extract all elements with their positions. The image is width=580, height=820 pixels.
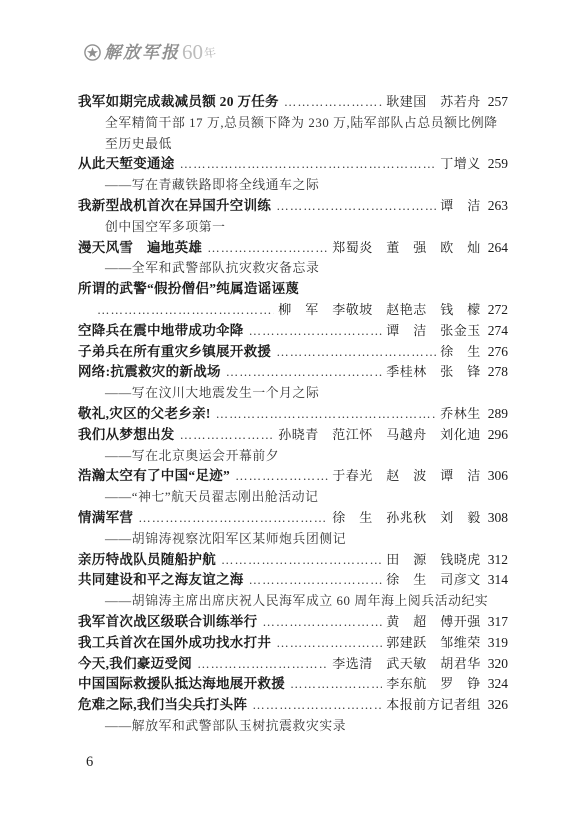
entry-page-number: 296 <box>488 425 508 446</box>
entry-page-number: 278 <box>488 362 508 383</box>
entry-subtitle: ——写在青藏铁路即将全线通车之际 <box>78 175 508 196</box>
toc-entry-17: 今天,我们豪迈受阅 ………………………………………………………………………………… <box>78 654 508 675</box>
entry-title-row: 我军如期完成裁减员额 20 万任务 …………………………………………………………… <box>78 92 508 113</box>
entry-title-row: 所谓的武警“假扮僧侣”纯属造谣诬蔑 <box>78 279 508 300</box>
entry-title: 我工兵首次在国外成功找水打井 <box>78 633 271 654</box>
dot-leader: ………………………………………………………………………………………………………… <box>180 154 437 175</box>
dot-leader: ………………………………………………………………………………………………………… <box>276 342 436 363</box>
star-in-circle-icon <box>84 44 101 61</box>
dot-leader: ………………………………………………………………………………………………………… <box>249 321 383 342</box>
anniversary-number: 60 <box>182 42 203 63</box>
entry-authors: 本报前方记者组 <box>386 695 481 716</box>
entry-authors: 孙晓青 范江怀 马越舟 刘化迪 <box>278 425 481 446</box>
entry-title: 共同建设和平之海友谊之海 <box>78 570 244 591</box>
toc-entry-10: 我们从梦想出发 ……………………………………………………………………………………… <box>78 425 508 467</box>
dot-leader: ………………………………………………………………………………………………………… <box>138 508 328 529</box>
dot-leader: ………………………………………………………………………………………………………… <box>226 362 382 383</box>
entry-title-row: 今天,我们豪迈受阅 ………………………………………………………………………………… <box>78 654 508 675</box>
dot-leader: ………………………………………………………………………………………………………… <box>235 466 328 487</box>
entry-authors: 乔林生 <box>440 404 481 425</box>
entry-title-row: 空降兵在震中地带成功伞降 ………………………………………………………………………… <box>78 321 508 342</box>
entry-subtitle: ——全军和武警部队抗灾救灾备忘录 <box>78 258 508 279</box>
dot-leader: ………………………………………………………………………………………………………… <box>276 633 382 654</box>
toc-entry-12: 情满军营 ……………………………………………………………………………………………… <box>78 508 508 550</box>
entry-authors: 徐 生 司彦文 <box>386 570 481 591</box>
entry-authors: 柳 军 李敬坡 赵艳志 钱 檬 <box>278 300 481 321</box>
entry-title: 我们从梦想出发 <box>78 425 175 446</box>
toc-page: 解放军报 60 年 我军如期完成裁减员额 20 万任务 ………………………………… <box>0 0 580 820</box>
dot-leader: ………………………………………………………………………………………………………… <box>221 550 382 571</box>
entry-title: 漫天风雪 遍地英雄 <box>78 238 202 259</box>
dot-leader: ………………………………………………………………………………………………………… <box>207 238 328 259</box>
entry-page-number: 319 <box>488 633 508 654</box>
entry-authors: 谭 洁 <box>440 196 481 217</box>
entry-title: 亲历特战队员随船护航 <box>78 550 216 571</box>
entry-title-row: 亲历特战队员随船护航 ……………………………………………………………………………… <box>78 550 508 571</box>
entry-subtitle: ——写在北京奥运会开幕前夕 <box>78 446 508 467</box>
entry-authors: 徐 生 <box>440 342 481 363</box>
dot-leader: ………………………………………………………………………………………………………… <box>262 612 382 633</box>
entry-title: 中国国际救援队抵达海地展开救援 <box>78 674 285 695</box>
dot-leader: ………………………………………………………………………………………………………… <box>249 570 383 591</box>
entry-title-row: 浩瀚太空有了中国“足迹” ………………………………………………………………………… <box>78 466 508 487</box>
entry-page-number: 306 <box>488 466 508 487</box>
entry-title: 网络:抗震救灾的新战场 <box>78 362 221 383</box>
entry-title: 今天,我们豪迈受阅 <box>78 654 192 675</box>
entry-authors-row: …………………………………………………………………………………………………………… <box>78 300 508 321</box>
entry-page-number: 326 <box>488 695 508 716</box>
dot-leader: ………………………………………………………………………………………………………… <box>284 92 382 113</box>
toc-entry-14: 共同建设和平之海友谊之海 ………………………………………………………………………… <box>78 570 508 612</box>
toc-entry-16: 我工兵首次在国外成功找水打井 …………………………………………………………………… <box>78 633 508 654</box>
entry-title: 我军首次战区级联合训练举行 <box>78 612 257 633</box>
entry-page-number: 317 <box>488 612 508 633</box>
entry-title-row: 情满军营 ……………………………………………………………………………………………… <box>78 508 508 529</box>
entry-title: 浩瀚太空有了中国“足迹” <box>78 466 230 487</box>
entry-page-number: 276 <box>488 342 508 363</box>
entry-page-number: 324 <box>488 674 508 695</box>
entry-title: 子弟兵在所有重灾乡镇展开救援 <box>78 342 271 363</box>
brand-logotype: 解放军报 <box>104 44 180 61</box>
toc-entry-6: 空降兵在震中地带成功伞降 ………………………………………………………………………… <box>78 321 508 342</box>
toc-list: 我军如期完成裁减员额 20 万任务 …………………………………………………………… <box>78 92 508 737</box>
entry-title-row: 从此天堑变通途 ……………………………………………………………………………………… <box>78 154 508 175</box>
toc-entry-19: 危难之际,我们当尖兵打头阵 ……………………………………………………………………… <box>78 695 508 737</box>
entry-page-number: 274 <box>488 321 508 342</box>
entry-page-number: 259 <box>488 154 508 175</box>
entry-subtitle: ——胡锦涛视察沈阳军区某师炮兵团侧记 <box>78 529 508 550</box>
entry-subtitle: ——写在汶川大地震发生一个月之际 <box>78 383 508 404</box>
entry-page-number: 289 <box>488 404 508 425</box>
dot-leader: ………………………………………………………………………………………………………… <box>197 654 328 675</box>
entry-authors: 田 源 钱晓虎 <box>386 550 481 571</box>
dot-leader: ………………………………………………………………………………………………………… <box>180 425 275 446</box>
entry-authors: 黄 超 傅开强 <box>386 612 481 633</box>
entry-subtitle: 创中国空军多项第一 <box>78 217 508 238</box>
entry-title-row: 网络:抗震救灾的新战场 …………………………………………………………………………… <box>78 362 508 383</box>
entry-subtitle: ——胡锦涛主席出席庆祝人民海军成立 60 周年海上阅兵活动纪实 <box>78 591 508 612</box>
toc-entry-18: 中国国际救援队抵达海地展开救援 ………………………………………………………………… <box>78 674 508 695</box>
dot-leader: ………………………………………………………………………………………………………… <box>97 300 274 321</box>
entry-authors: 徐 生 孙兆秋 刘 毅 <box>332 508 481 529</box>
entry-title: 空降兵在震中地带成功伞降 <box>78 321 244 342</box>
entry-title: 我新型战机首次在异国升空训练 <box>78 196 271 217</box>
toc-entry-9: 敬礼,灾区的父老乡亲! …………………………………………………………………………… <box>78 404 508 425</box>
entry-page-number: 312 <box>488 550 508 571</box>
toc-entry-15: 我军首次战区级联合训练举行 ……………………………………………………………………… <box>78 612 508 633</box>
entry-page-number: 264 <box>488 238 508 259</box>
page-header: 解放军报 60 年 <box>84 42 216 63</box>
entry-page-number: 320 <box>488 654 508 675</box>
entry-title-row: 漫天风雪 遍地英雄 ………………………………………………………………………………… <box>78 238 508 259</box>
entry-title: 我军如期完成裁减员额 20 万任务 <box>78 92 279 113</box>
entry-authors: 谭 洁 张金玉 <box>386 321 481 342</box>
entry-authors: 于春光 赵 波 谭 洁 <box>332 466 481 487</box>
entry-page-number: 263 <box>488 196 508 217</box>
entry-title-row: 中国国际救援队抵达海地展开救援 ………………………………………………………………… <box>78 674 508 695</box>
entry-authors: 李选清 武天敏 胡君华 <box>332 654 481 675</box>
entry-title-row: 我军首次战区级联合训练举行 ……………………………………………………………………… <box>78 612 508 633</box>
toc-entry-5: 所谓的武警“假扮僧侣”纯属造谣诬蔑 …………………………………………………………… <box>78 279 508 321</box>
entry-page-number: 308 <box>488 508 508 529</box>
toc-entry-11: 浩瀚太空有了中国“足迹” ………………………………………………………………………… <box>78 466 508 508</box>
entry-title-row: 危难之际,我们当尖兵打头阵 ……………………………………………………………………… <box>78 695 508 716</box>
entry-page-number: 314 <box>488 570 508 591</box>
entry-title: 所谓的武警“假扮僧侣”纯属造谣诬蔑 <box>78 279 299 300</box>
entry-title-row: 我新型战机首次在异国升空训练 …………………………………………………………………… <box>78 196 508 217</box>
entry-authors: 郑蜀炎 董 强 欧 灿 <box>332 238 481 259</box>
entry-title-row: 子弟兵在所有重灾乡镇展开救援 …………………………………………………………………… <box>78 342 508 363</box>
entry-title-row: 共同建设和平之海友谊之海 ………………………………………………………………………… <box>78 570 508 591</box>
entry-authors: 耿建国 苏若舟 <box>386 92 481 113</box>
dot-leader: ………………………………………………………………………………………………………… <box>216 404 437 425</box>
page-number-folio: 6 <box>86 754 93 771</box>
entry-authors: 季桂林 张 锋 <box>386 362 481 383</box>
entry-authors: 郭建跃 邹维荣 <box>386 633 481 654</box>
entry-page-number: 257 <box>488 92 508 113</box>
entry-title: 危难之际,我们当尖兵打头阵 <box>78 695 247 716</box>
dot-leader: ………………………………………………………………………………………………………… <box>276 196 436 217</box>
dot-leader: ………………………………………………………………………………………………………… <box>252 695 382 716</box>
entry-title: 情满军营 <box>78 508 133 529</box>
entry-title-row: 我工兵首次在国外成功找水打井 …………………………………………………………………… <box>78 633 508 654</box>
toc-entry-4: 漫天风雪 遍地英雄 ………………………………………………………………………………… <box>78 238 508 280</box>
dot-leader: ………………………………………………………………………………………………………… <box>290 674 382 695</box>
toc-entry-3: 我新型战机首次在异国升空训练 …………………………………………………………………… <box>78 196 508 238</box>
toc-entry-1: 我军如期完成裁减员额 20 万任务 …………………………………………………………… <box>78 92 508 154</box>
toc-entry-13: 亲历特战队员随船护航 ……………………………………………………………………………… <box>78 550 508 571</box>
entry-page-number: 272 <box>488 300 508 321</box>
entry-title: 从此天堑变通途 <box>78 154 175 175</box>
entry-title: 敬礼,灾区的父老乡亲! <box>78 404 211 425</box>
entry-authors: 丁增义 <box>440 154 481 175</box>
entry-title-row: 敬礼,灾区的父老乡亲! …………………………………………………………………………… <box>78 404 508 425</box>
entry-subtitle: ——解放军和武警部队玉树抗震救灾实录 <box>78 716 508 737</box>
entry-subtitle: ——“神七”航天员翟志刚出舱活动记 <box>78 487 508 508</box>
toc-entry-8: 网络:抗震救灾的新战场 …………………………………………………………………………… <box>78 362 508 404</box>
anniversary-unit: 年 <box>203 46 217 60</box>
entry-subtitle: 全军精简干部 17 万,总员额下降为 230 万,陆军部队占总员额比例降至历史最… <box>78 113 508 155</box>
entry-authors: 李东航 罗 铮 <box>386 674 481 695</box>
entry-title-row: 我们从梦想出发 ……………………………………………………………………………………… <box>78 425 508 446</box>
toc-entry-2: 从此天堑变通途 ……………………………………………………………………………………… <box>78 154 508 196</box>
toc-entry-7: 子弟兵在所有重灾乡镇展开救援 …………………………………………………………………… <box>78 342 508 363</box>
